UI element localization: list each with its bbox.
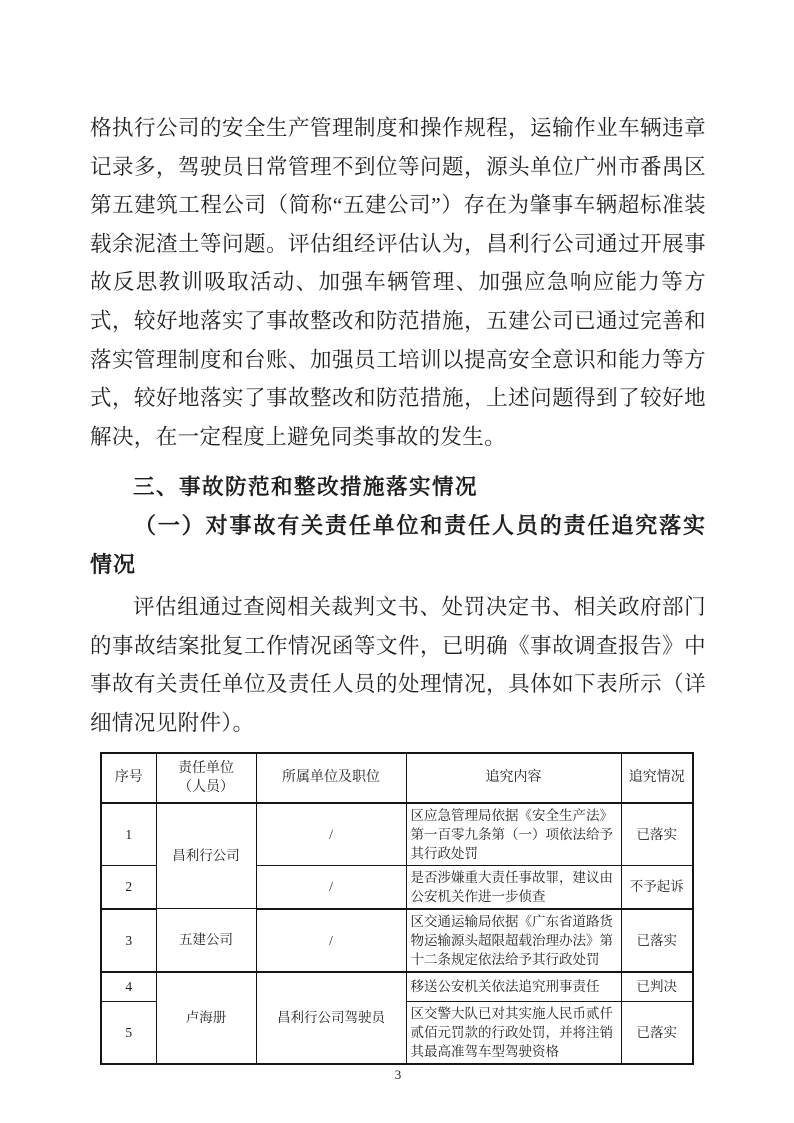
cell-status: 已落实 — [621, 1001, 693, 1064]
cell-seq: 3 — [101, 909, 156, 972]
document-page: 格执行公司的安全生产管理制度和操作规程，运输作业车辆违章记录多，驾驶员日常管理不… — [0, 0, 794, 1123]
responsibility-table: 序号 责任单位 （人员） 所属单位及职位 追究内容 追究情况 1 昌利行公司 /… — [100, 752, 694, 1065]
table-row: 3 五建公司 / 区交通运输局依据《广东省道路货物运输源头超限超载治理办法》第十… — [101, 909, 693, 972]
cell-content: 是否涉嫌重大责任事故罪，建议由公安机关作进一步侦查 — [406, 865, 621, 909]
cell-content: 区交通运输局依据《广东省道路货物运输源头超限超载治理办法》第十二条规定依法给予其… — [406, 909, 621, 972]
cell-unit: 昌利行公司 — [156, 803, 256, 909]
cell-unit: 五建公司 — [156, 909, 256, 972]
cell-content: 区应急管理局依据《安全生产法》第一百零九条第（一）项依法给予其行政处罚 — [406, 803, 621, 866]
page-content: 格执行公司的安全生产管理制度和操作规程，运输作业车辆违章记录多，驾驶员日常管理不… — [90, 0, 706, 1083]
table-row: 4 卢海册 昌利行公司驾驶员 移送公安机关依法追究刑事责任 已判决 — [101, 972, 693, 1002]
intro-paragraph: 评估组通过查阅相关裁判文书、处罚决定书、相关政府部门的事故结案批复工作情况函等文… — [90, 588, 706, 742]
cell-position: / — [256, 865, 406, 909]
cell-status: 不予起诉 — [621, 865, 693, 909]
cell-seq: 5 — [101, 1001, 156, 1064]
header-status: 追究情况 — [621, 753, 693, 803]
table-row: 1 昌利行公司 / 区应急管理局依据《安全生产法》第一百零九条第（一）项依法给予… — [101, 803, 693, 866]
cell-content: 区交警大队已对其实施人民币贰仟贰佰元罚款的行政处罚，并将注销其最高准驾车型驾驶资… — [406, 1001, 621, 1064]
subsection-heading: （一）对事故有关责任单位和责任人员的责任追究落实情况 — [90, 507, 706, 584]
cell-position: / — [256, 909, 406, 972]
cell-unit: 卢海册 — [156, 972, 256, 1064]
header-unit: 责任单位 （人员） — [156, 753, 256, 803]
cell-position: 昌利行公司驾驶员 — [256, 972, 406, 1064]
cell-status: 已判决 — [621, 972, 693, 1002]
cell-status: 已落实 — [621, 909, 693, 972]
header-seq: 序号 — [101, 753, 156, 803]
table-header-row: 序号 责任单位 （人员） 所属单位及职位 追究内容 追究情况 — [101, 753, 693, 803]
cell-content: 移送公安机关依法追究刑事责任 — [406, 972, 621, 1002]
cell-seq: 4 — [101, 972, 156, 1002]
section-heading: 三、事故防范和整改措施落实情况 — [90, 468, 706, 507]
cell-status: 已落实 — [621, 803, 693, 866]
cell-seq: 1 — [101, 803, 156, 866]
cell-position: / — [256, 803, 406, 866]
header-content: 追究内容 — [406, 753, 621, 803]
header-position: 所属单位及职位 — [256, 753, 406, 803]
page-number: 3 — [90, 1067, 706, 1083]
cell-seq: 2 — [101, 865, 156, 909]
paragraph-continuation: 格执行公司的安全生产管理制度和操作规程，运输作业车辆违章记录多，驾驶员日常管理不… — [90, 109, 706, 456]
